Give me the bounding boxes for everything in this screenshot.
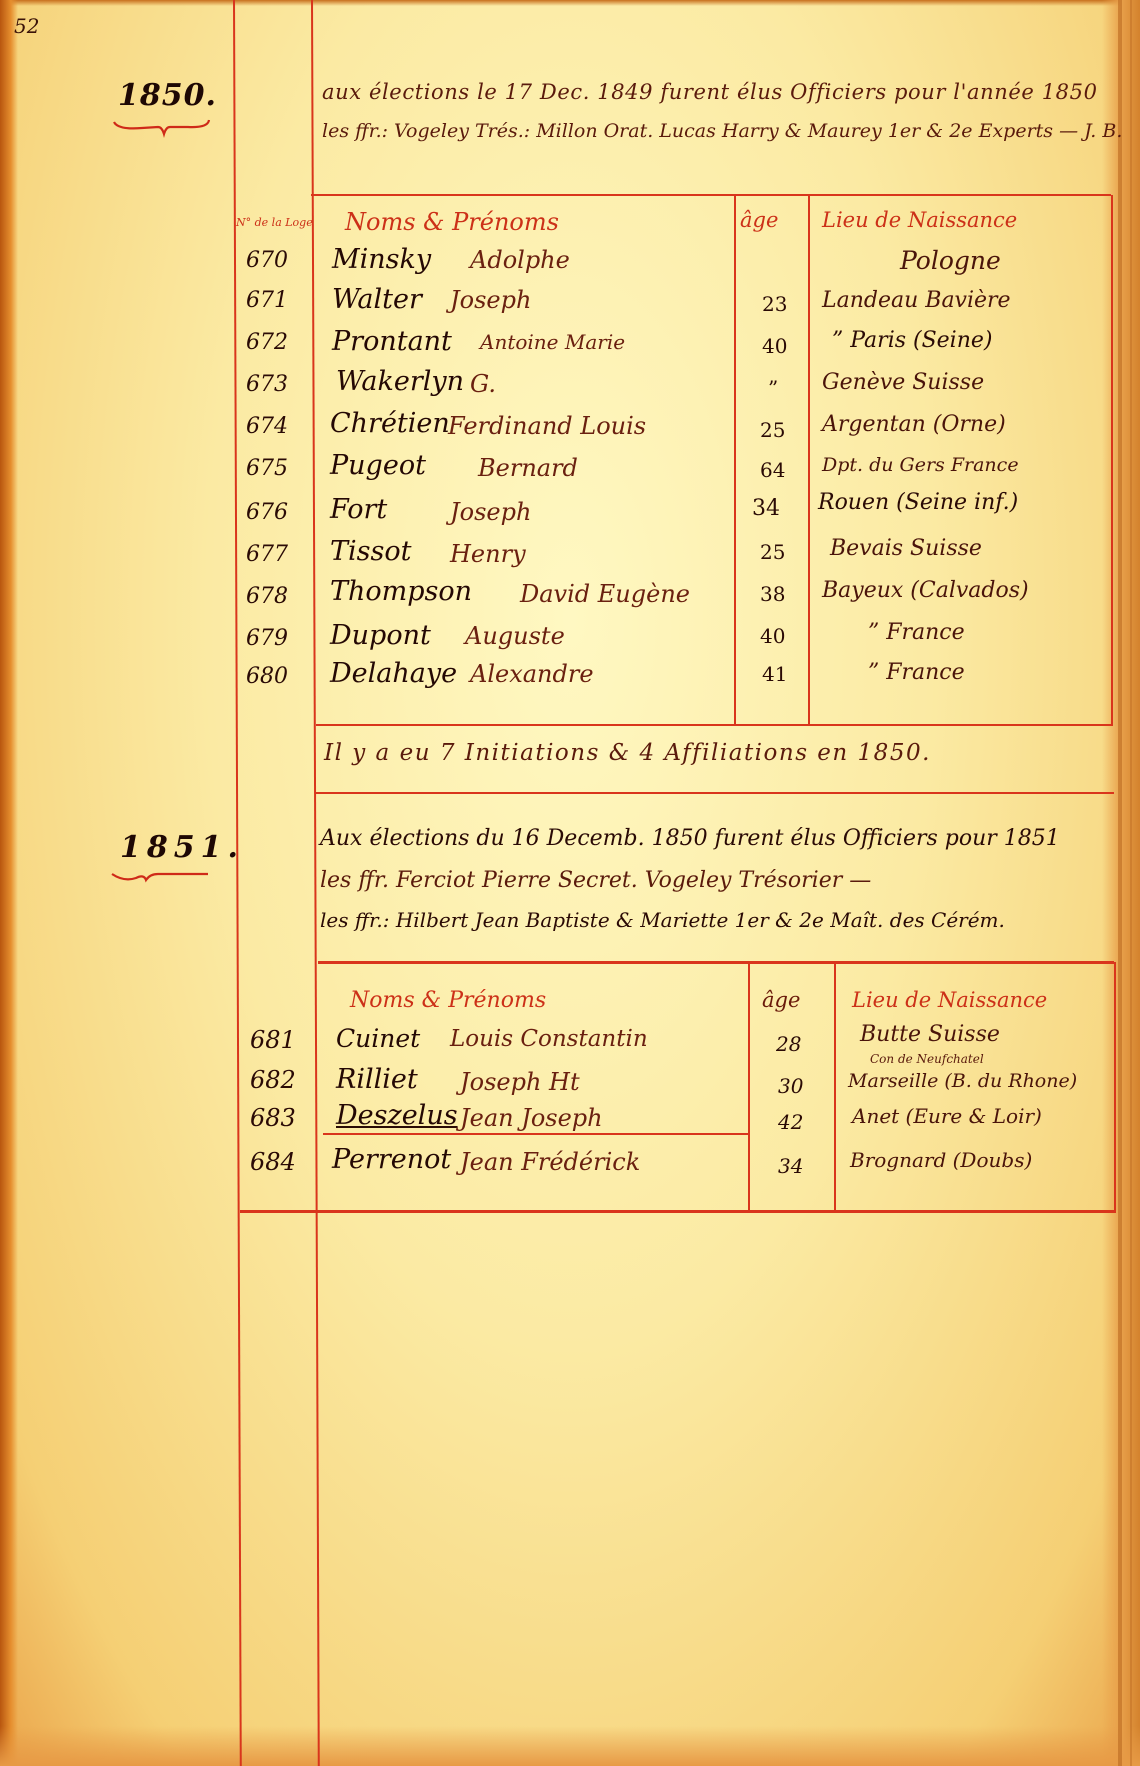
table-1850-col-age-left: [734, 195, 736, 725]
surname: Perrenot: [332, 1144, 451, 1175]
given-names: Alexandre: [470, 660, 594, 688]
officers-1851-line-1: Aux élections du 16 Decemb. 1850 furent …: [320, 826, 1060, 851]
officers-1850-bottom-rule: [311, 194, 1111, 196]
surname: Tissot: [330, 536, 411, 567]
table-1850-right-border: [1111, 195, 1113, 725]
given-names: G.: [470, 370, 496, 398]
birthplace: Butte Suisse: [860, 1022, 1000, 1047]
header-lodge-number: N° de la Loge: [236, 216, 313, 229]
year-brace-1851: [110, 868, 210, 888]
birthplace-note: Con de Neufchatel: [870, 1052, 984, 1066]
header-birthplace: Lieu de Naissance: [822, 208, 1017, 232]
table-1851-col-age-left: [748, 962, 750, 1212]
surname: Chrétien: [330, 408, 450, 439]
age: 34: [778, 1154, 803, 1178]
lodge-number: 681: [250, 1026, 296, 1054]
birthplace: Argentan (Orne): [822, 412, 1006, 437]
officers-1851-line-3: les ffr.: Hilbert Jean Baptiste & Mariet…: [320, 908, 1005, 932]
table-1851-top-rule: [318, 961, 1114, 964]
given-names: Henry: [450, 540, 526, 568]
binding-fold-line: [1130, 0, 1132, 1766]
age: 40: [760, 624, 785, 648]
given-names: Jean Joseph: [460, 1104, 603, 1132]
given-names: Louis Constantin: [450, 1026, 648, 1052]
margin-line-number-column: [311, 0, 320, 1766]
given-names: Joseph: [450, 286, 531, 314]
surname: Prontant: [332, 326, 452, 357]
table-1850-col-age-right: [808, 195, 810, 725]
lodge-number: 670: [246, 248, 288, 273]
birthplace: ” France: [868, 620, 965, 645]
page-edge-left: [0, 0, 18, 1766]
birthplace: Brognard (Doubs): [850, 1148, 1032, 1172]
table-1851-row-separator: [323, 1133, 750, 1135]
lodge-number: 671: [246, 288, 288, 313]
age: 41: [762, 662, 787, 686]
surname: Minsky: [332, 244, 431, 275]
surname: Thompson: [330, 576, 472, 607]
page-number: 52: [14, 14, 39, 38]
officers-1851-line-2: les ffr. Ferciot Pierre Secret. Vogeley …: [320, 868, 871, 893]
birthplace: ” France: [868, 660, 965, 685]
age: 28: [776, 1032, 801, 1056]
birthplace: Bevais Suisse: [830, 536, 982, 561]
header-age-1851: âge: [762, 988, 800, 1012]
lodge-number: 684: [250, 1148, 296, 1176]
age: 34: [752, 496, 780, 521]
given-names: Bernard: [478, 454, 578, 482]
age: 42: [778, 1110, 803, 1134]
surname: Dupont: [330, 620, 431, 651]
surname: Walter: [332, 284, 422, 315]
age: 40: [762, 334, 787, 358]
year-label-1851: 1851.: [120, 830, 244, 865]
age: ”: [768, 376, 778, 400]
birthplace: Dpt. du Gers France: [822, 454, 1019, 476]
page-edge-bottom: [0, 1726, 1140, 1766]
year-brace-1850: [112, 118, 212, 140]
age: 64: [760, 458, 785, 482]
table-1851-col-age-right: [834, 962, 836, 1212]
table-1850-bottom-rule: [316, 724, 1113, 726]
age: 38: [760, 582, 785, 606]
margin-line-left: [233, 0, 242, 1766]
summary-1850-bottom-rule: [316, 792, 1114, 794]
age: 30: [778, 1074, 803, 1098]
birthplace: Rouen (Seine inf.): [818, 490, 1018, 515]
surname: Fort: [330, 494, 387, 525]
given-names: Joseph Ht: [460, 1068, 580, 1096]
age: 23: [762, 292, 787, 316]
given-names: Auguste: [465, 622, 565, 650]
surname: Wakerlyn: [336, 366, 464, 397]
birthplace: Marseille (B. du Rhone): [848, 1070, 1077, 1092]
given-names: David Eugène: [520, 580, 690, 608]
lodge-number: 682: [250, 1066, 296, 1094]
header-birthplace-1851: Lieu de Naissance: [852, 988, 1047, 1012]
birthplace: Anet (Eure & Loir): [852, 1104, 1042, 1128]
birthplace: Bayeux (Calvados): [822, 578, 1029, 603]
lodge-number: 677: [246, 542, 288, 567]
ledger-page: 52 1850. aux élections le 17 Dec. 1849 f…: [0, 0, 1140, 1766]
surname: Cuinet: [336, 1024, 420, 1053]
given-names: Ferdinand Louis: [448, 412, 646, 440]
birthplace: Genève Suisse: [822, 370, 984, 395]
given-names: Antoine Marie: [480, 330, 625, 354]
header-age: âge: [740, 208, 778, 232]
age: 25: [760, 540, 785, 564]
lodge-number: 674: [246, 414, 288, 439]
lodge-number: 680: [246, 664, 288, 689]
header-names-1851: Noms & Prénoms: [350, 988, 546, 1013]
surname: Deszelus: [336, 1100, 458, 1131]
header-names: Noms & Prénoms: [345, 208, 559, 236]
lodge-number: 678: [246, 584, 288, 609]
given-names: Jean Frédérick: [460, 1148, 640, 1176]
birthplace: Pologne: [900, 246, 1001, 275]
given-names: Joseph: [450, 498, 531, 526]
age: 25: [760, 418, 785, 442]
year-label-1850: 1850.: [118, 78, 217, 113]
binding-fold: [1118, 0, 1122, 1766]
birthplace: Landeau Bavière: [822, 288, 1011, 313]
officers-1850-line-2: les ffr.: Vogeley Trés.: Millon Orat. Lu…: [322, 120, 1122, 142]
lodge-number: 672: [246, 330, 288, 355]
page-edge-top: [0, 0, 1140, 6]
given-names: Adolphe: [470, 246, 570, 274]
surname: Rilliet: [336, 1064, 418, 1095]
birthplace: ” Paris (Seine): [832, 328, 993, 353]
lodge-number: 679: [246, 626, 288, 651]
officers-1850-line-1: aux élections le 17 Dec. 1849 furent élu…: [322, 80, 1098, 104]
surname: Delahaye: [330, 658, 457, 689]
table-1851-bottom-rule: [240, 1210, 1116, 1213]
lodge-number: 676: [246, 500, 288, 525]
surname: Pugeot: [330, 450, 426, 481]
table-1851-right-border: [1114, 962, 1116, 1212]
lodge-number: 675: [246, 456, 288, 481]
lodge-number: 673: [246, 372, 288, 397]
summary-1850: Il y a eu 7 Initiations & 4 Affiliations…: [324, 740, 931, 766]
lodge-number: 683: [250, 1104, 296, 1132]
